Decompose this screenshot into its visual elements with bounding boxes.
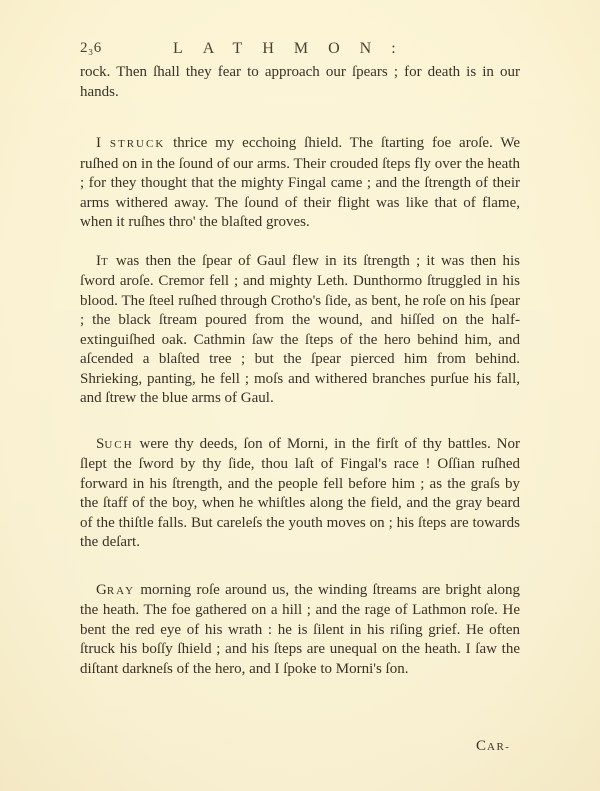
- paragraph-lead-smallcaps: ray: [107, 585, 135, 597]
- catchword-cap: C: [476, 738, 487, 754]
- running-title: LATHMON:: [173, 40, 416, 58]
- page-number: 2₃6: [80, 40, 102, 57]
- paragraph-lead-smallcaps: struck: [101, 138, 165, 150]
- running-head: 2₃6 LATHMON:: [80, 40, 500, 62]
- paragraph-text: was then the ſpear of Gaul flew in its ſ…: [80, 253, 520, 407]
- paragraph-text: morning roſe around us, the winding ſtre…: [80, 582, 520, 677]
- paragraph-text: rock. Then ſhall they fear to approach o…: [80, 64, 520, 100]
- paragraph: Such were thy deeds, ſon of Morni, in th…: [80, 435, 520, 553]
- paragraph: Gray morning roſe around us, the winding…: [80, 581, 520, 680]
- paragraph-lead-smallcaps: t: [101, 256, 110, 268]
- paragraph: It was then the ſpear of Gaul flew in it…: [80, 252, 520, 409]
- paragraph-text: were thy deeds, ſon of Morni, in the fir…: [80, 436, 520, 551]
- paragraph: I struck thrice my ecchoing ſhield. The …: [80, 134, 520, 233]
- paragraph-lead-smallcaps: uch: [104, 439, 133, 451]
- paragraph-lead-cap: G: [96, 582, 107, 598]
- paragraph-continuation: rock. Then ſhall they fear to approach o…: [80, 63, 520, 102]
- book-page: 2₃6 LATHMON: rock. Then ſhall they fear …: [0, 0, 600, 791]
- body-text: rock. Then ſhall they fear to approach o…: [80, 63, 520, 679]
- catchword: CAR-: [476, 738, 510, 755]
- catchword-rest: AR-: [487, 741, 510, 753]
